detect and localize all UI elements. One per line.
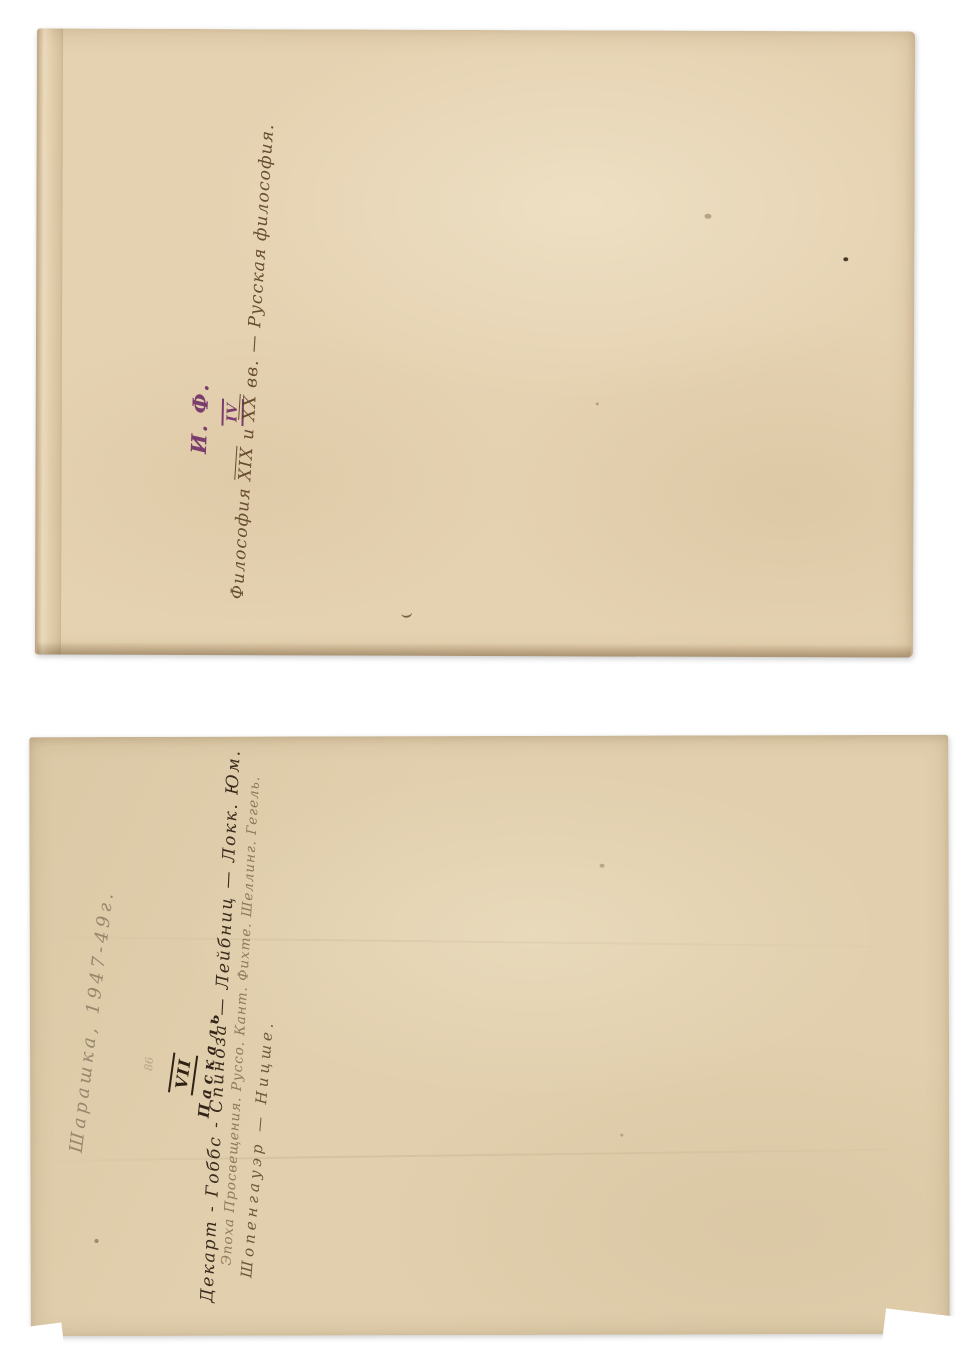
page-block-edge	[37, 641, 911, 657]
title-conjunction: и	[237, 420, 259, 447]
paper-speck	[95, 1239, 99, 1243]
torn-corner-bottom-left	[18, 1323, 64, 1350]
spine-fold	[35, 28, 63, 654]
paper-crease	[30, 936, 949, 948]
title-word-philosophy: Философия	[228, 480, 256, 600]
ink-speck	[843, 257, 848, 261]
paper-crease	[30, 1148, 949, 1162]
century-numeral-1: XIX	[234, 446, 257, 482]
manuscript-cover-top: И. Ф. IV Философия XIX и XX вв. — Русска…	[35, 28, 915, 657]
title-tail-russian-philosophy: — Русская философия.	[243, 123, 278, 360]
small-pen-mark	[400, 607, 412, 618]
paper-speck	[620, 1134, 623, 1137]
paper-speck	[600, 864, 605, 868]
title-abbrev-centuries: вв.	[241, 358, 263, 395]
century-numeral-2: XX	[238, 394, 261, 422]
archival-scan-page: { "page": { "background_color": "#ffffff…	[0, 0, 966, 1362]
handwritten-chapter-numeral: VII	[168, 1052, 198, 1095]
handwritten-title-line: Философия XIX и XX вв. — Русская философ…	[228, 123, 279, 600]
paper-stain-speck	[704, 214, 711, 219]
manuscript-cover-bottom: Шарашка, 1947-49г. 86 VII Паскаль Декарт…	[29, 735, 950, 1336]
pencil-note-sharashka-years: Шарашка, 1947-49г.	[66, 888, 118, 1154]
handwritten-initials: И. Ф.	[186, 382, 214, 455]
torn-corner-bottom-right	[882, 1308, 963, 1351]
paper-speck	[596, 402, 599, 405]
faint-pencil-number: 86	[142, 1056, 156, 1071]
